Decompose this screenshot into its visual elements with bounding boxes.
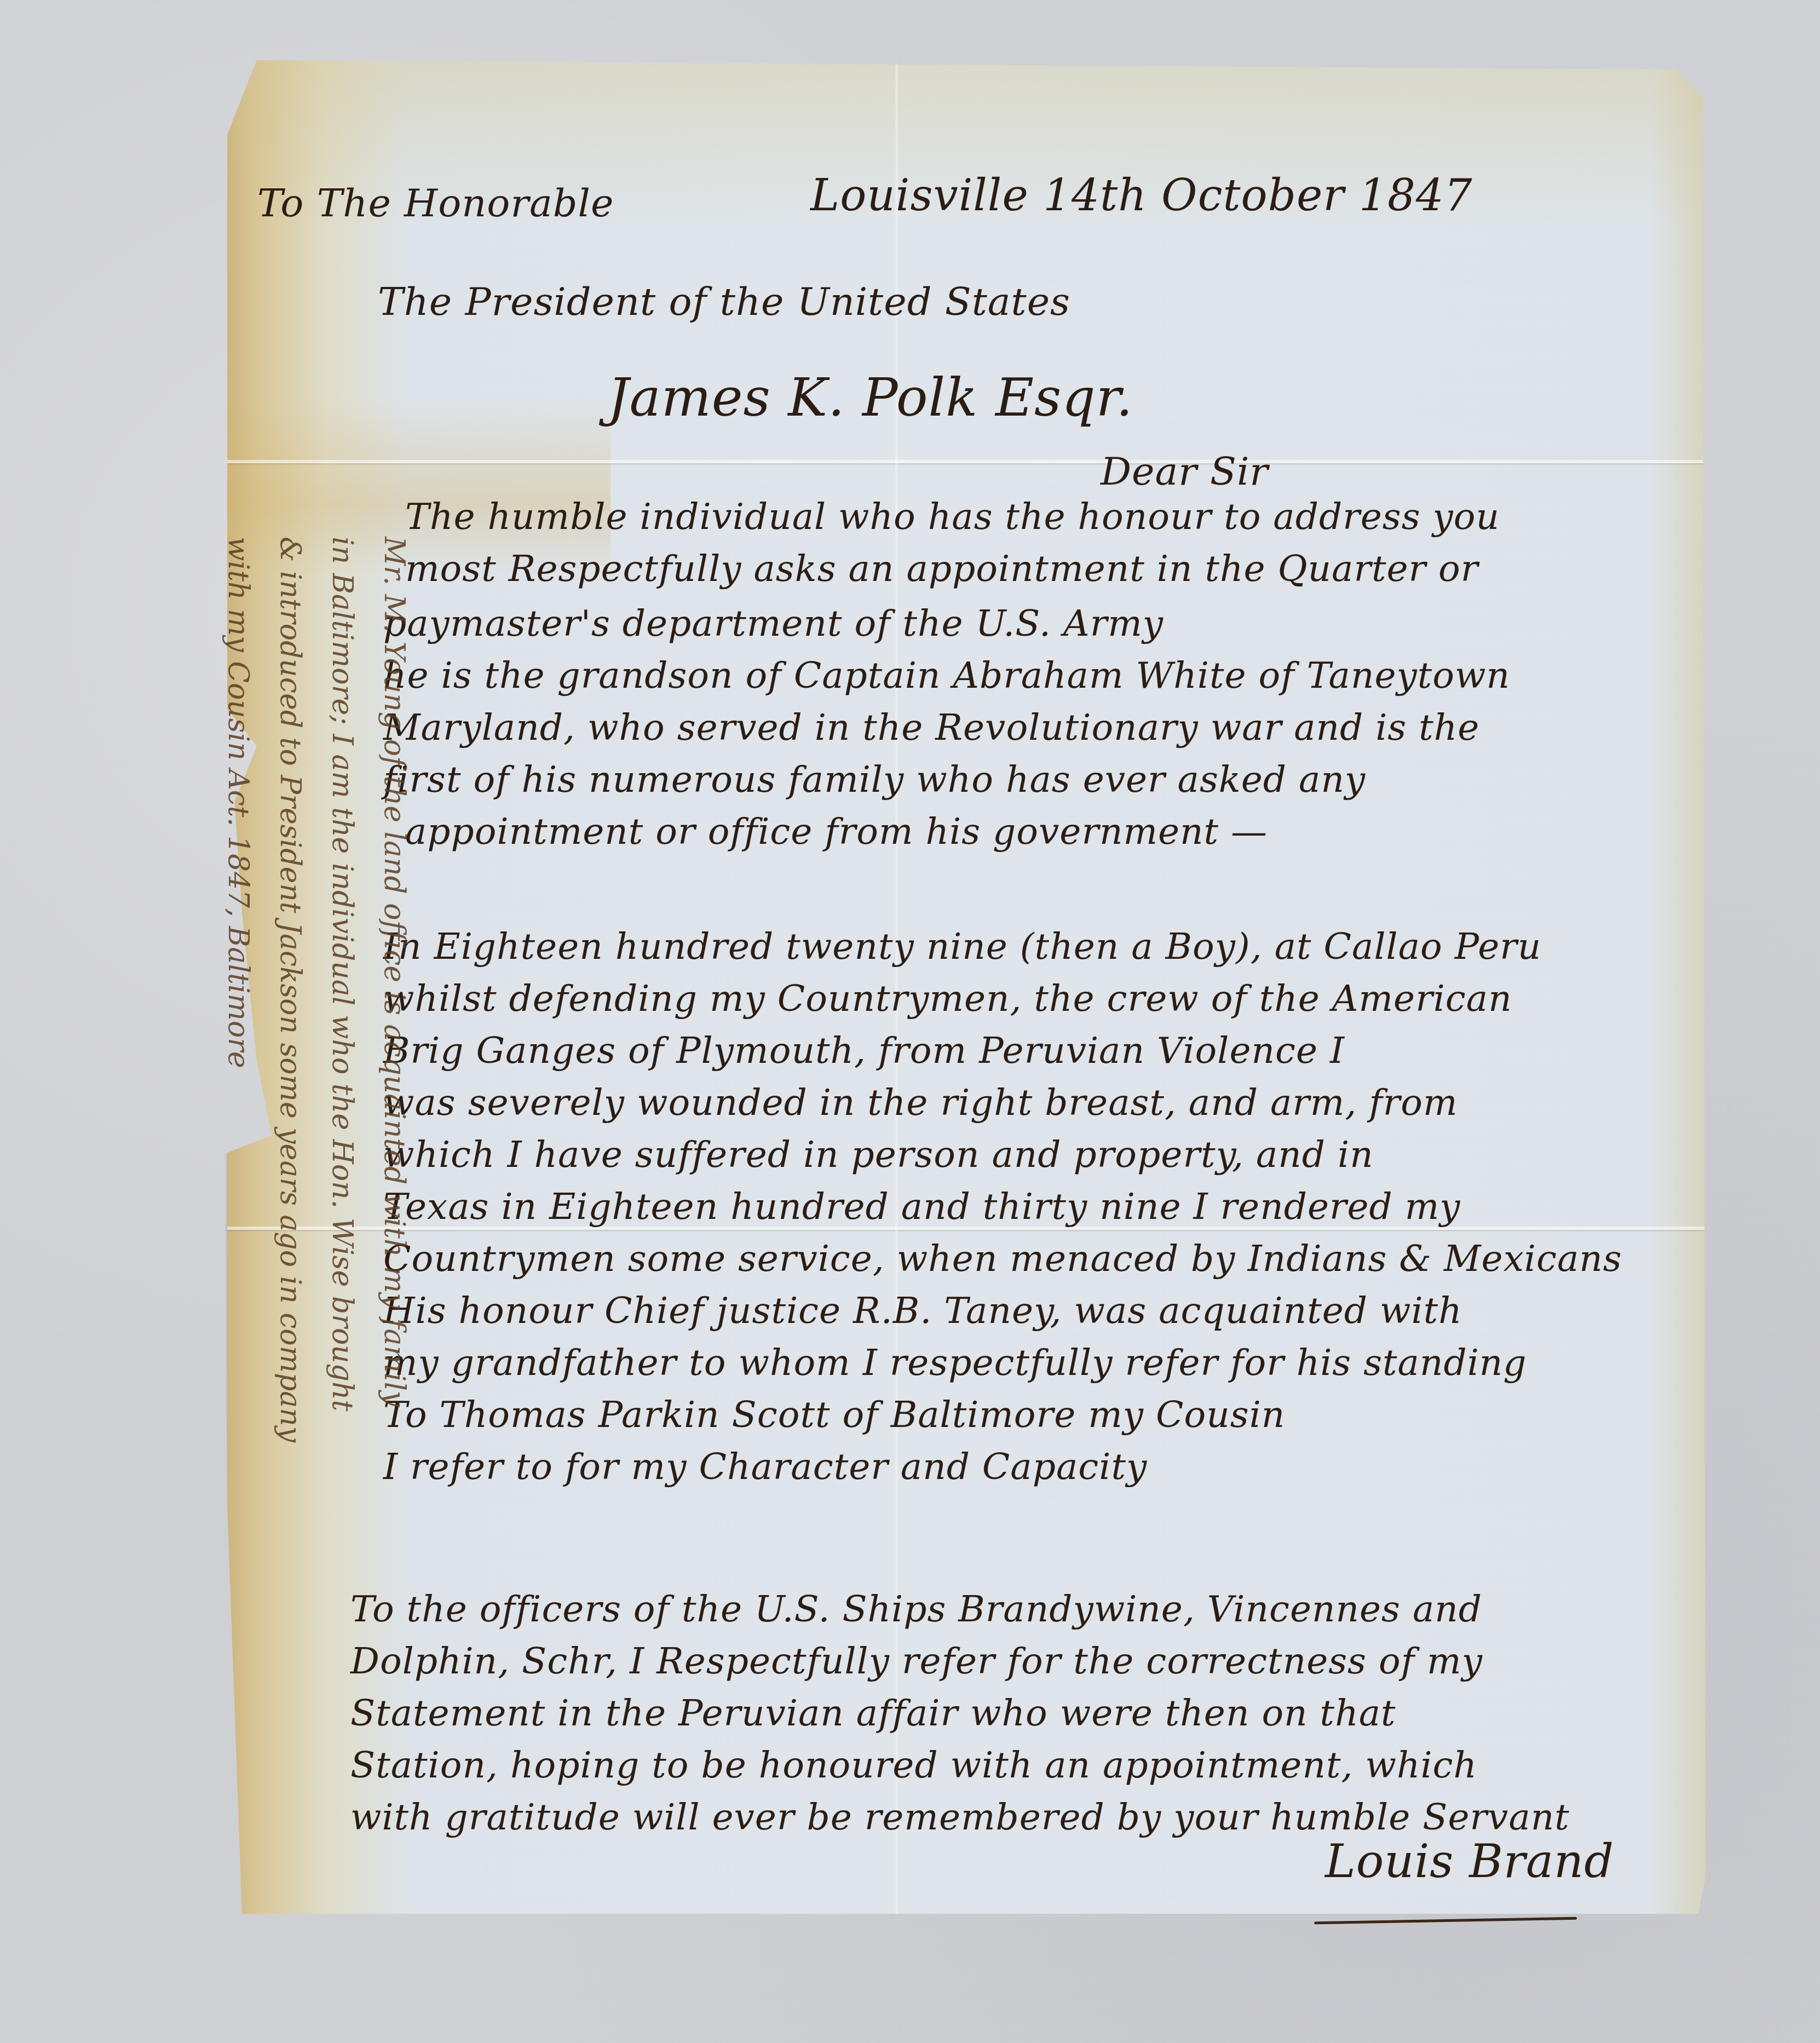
signature-underline — [1314, 1917, 1577, 1924]
body-line: To the officers of the U.S. Ships Brandy… — [350, 1588, 1482, 1630]
body-line: Station, hoping to be honoured with an a… — [350, 1744, 1477, 1786]
recipient-name: James K. Polk Esqr. — [608, 367, 1133, 428]
signature: Louis Brand — [1325, 1834, 1614, 1888]
body-line: To Thomas Parkin Scott of Baltimore my C… — [383, 1394, 1285, 1436]
body-line: whilst defending my Countrymen, the crew… — [383, 977, 1512, 1020]
body-line: he is the grandson of Captain Abraham Wh… — [383, 654, 1510, 697]
body-line: with gratitude will ever be remembered b… — [350, 1796, 1570, 1838]
body-line: Dolphin, Schr, I Respectfully refer for … — [350, 1640, 1483, 1682]
body-line: was severely wounded in the right breast… — [383, 1081, 1458, 1124]
margin-note-line: in Baltimore; I am the individual who th… — [326, 537, 359, 1411]
body-line: which I have suffered in person and prop… — [383, 1133, 1374, 1176]
body-line: In Eighteen hundred twenty nine (then a … — [383, 925, 1541, 968]
fold-line-horizontal-1 — [227, 460, 1706, 463]
salutation-to: To The Honorable — [257, 181, 614, 226]
margin-note-line: Mr. M. Young of the land office is acqua… — [378, 537, 411, 1407]
body-line: The humble individual who has the honour… — [405, 496, 1500, 538]
body-line: Maryland, who served in the Revolutionar… — [383, 706, 1479, 749]
body-line: appointment or office from his governmen… — [405, 810, 1268, 853]
body-line: Countrymen some service, when menaced by… — [383, 1238, 1622, 1280]
body-line: most Respectfully asks an appointment in… — [405, 548, 1478, 590]
margin-note: Mr. M. Young of the land office is acqua… — [126, 537, 411, 2015]
body-line: my grandfather to whom I respectfully re… — [383, 1342, 1527, 1384]
margin-note-line: with my Cousin Act. 1847, Baltimore — [222, 537, 255, 1068]
margin-note-line: & introduced to President Jackson some y… — [274, 537, 307, 1442]
body-line: paymaster's department of the U.S. Army — [383, 602, 1164, 644]
body-line: first of his numerous family who has eve… — [383, 758, 1366, 801]
body-line: I refer to for my Character and Capacity — [383, 1446, 1147, 1488]
greeting: Dear Sir — [1101, 449, 1269, 494]
body-line: His honour Chief justice R.B. Taney, was… — [383, 1290, 1462, 1332]
place-date: Louisville 14th October 1847 — [810, 170, 1473, 221]
body-line: Texas in Eighteen hundred and thirty nin… — [383, 1185, 1461, 1228]
body-line: Brig Ganges of Plymouth, from Peruvian V… — [383, 1029, 1345, 1072]
body-line: Statement in the Peruvian affair who wer… — [350, 1692, 1396, 1734]
recipient-title: The President of the United States — [378, 279, 1070, 324]
